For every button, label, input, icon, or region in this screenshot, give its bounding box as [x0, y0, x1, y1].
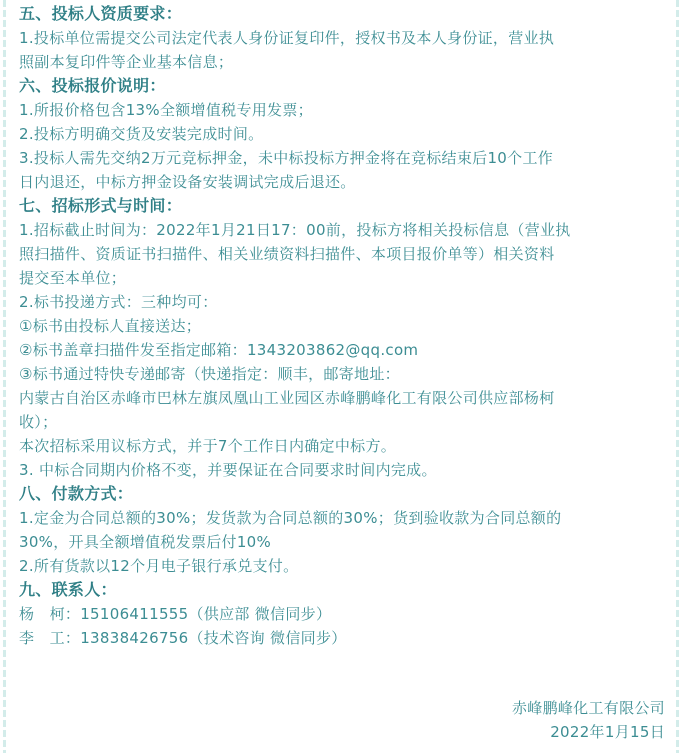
right-dashed-border — [676, 0, 679, 753]
contact-line: 杨 柯：15106411555（供应部 微信同步） — [19, 602, 669, 626]
signature-date: 2022年1月15日 — [19, 720, 669, 744]
paragraph-line: 30%，开具全额增值税发票后付10% — [19, 530, 669, 554]
paragraph-line: 照副本复印件等企业基本信息； — [19, 50, 669, 74]
document-frame: 五、投标人资质要求： 1.投标单位需提交公司法定代表人身份证复印件，授权书及本人… — [0, 0, 682, 753]
section-heading-contacts: 九、联系人： — [19, 578, 669, 602]
paragraph-line: 2.所有货款以12个月电子银行承兑支付。 — [19, 554, 669, 578]
paragraph-line: 1.所报价格包含13%全额增值税专用发票； — [19, 98, 669, 122]
paragraph-line: 1.招标截止时间为：2022年1月21日17：00前，投标方将相关投标信息（营业… — [19, 218, 669, 242]
paragraph-line: 本次招标采用议标方式，并于7个工作日内确定中标方。 — [19, 434, 669, 458]
paragraph-line: 日内退还，中标方押金设备安装调试完成后退还。 — [19, 170, 669, 194]
document-body: 五、投标人资质要求： 1.投标单位需提交公司法定代表人身份证复印件，授权书及本人… — [19, 2, 669, 744]
paragraph-line: 1.定金为合同总额的30%；发货款为合同总额的30%；货到验收款为合同总额的 — [19, 506, 669, 530]
paragraph-line: 3.投标人需先交纳2万元竞标押金，未中标投标方押金将在竞标结束后10个工作 — [19, 146, 669, 170]
contact-line: 李 工：13838426756（技术咨询 微信同步） — [19, 626, 669, 650]
paragraph-line: 2.标书投递方式：三种均可： — [19, 290, 669, 314]
paragraph-line: ①标书由投标人直接送达； — [19, 314, 669, 338]
email-line: ②标书盖章扫描件发至指定邮箱：1343203862@qq.com — [19, 338, 669, 362]
signature-company: 赤峰鹏峰化工有限公司 — [19, 696, 669, 720]
section-heading-format-time: 七、招标形式与时间： — [19, 194, 669, 218]
paragraph-line: 提交至本单位； — [19, 266, 669, 290]
left-dashed-border — [3, 0, 6, 753]
section-heading-payment: 八、付款方式： — [19, 482, 669, 506]
paragraph-line: 照扫描件、资质证书扫描件、相关业绩资料扫描件、本项目报价单等）相关资料 — [19, 242, 669, 266]
paragraph-line: 收）； — [19, 410, 669, 434]
paragraph-line: 1.投标单位需提交公司法定代表人身份证复印件，授权书及本人身份证，营业执 — [19, 26, 669, 50]
section-heading-quotation: 六、投标报价说明： — [19, 74, 669, 98]
address-line: 内蒙古自治区赤峰市巴林左旗凤凰山工业园区赤峰鹏峰化工有限公司供应部杨柯 — [19, 386, 669, 410]
paragraph-line: ③标书通过特快专递邮寄（快递指定：顺丰，邮寄地址： — [19, 362, 669, 386]
spacer — [19, 650, 669, 696]
section-heading-qualification: 五、投标人资质要求： — [19, 2, 669, 26]
paragraph-line: 2.投标方明确交货及安装完成时间。 — [19, 122, 669, 146]
paragraph-line: 3. 中标合同期内价格不变，并要保证在合同要求时间内完成。 — [19, 458, 669, 482]
